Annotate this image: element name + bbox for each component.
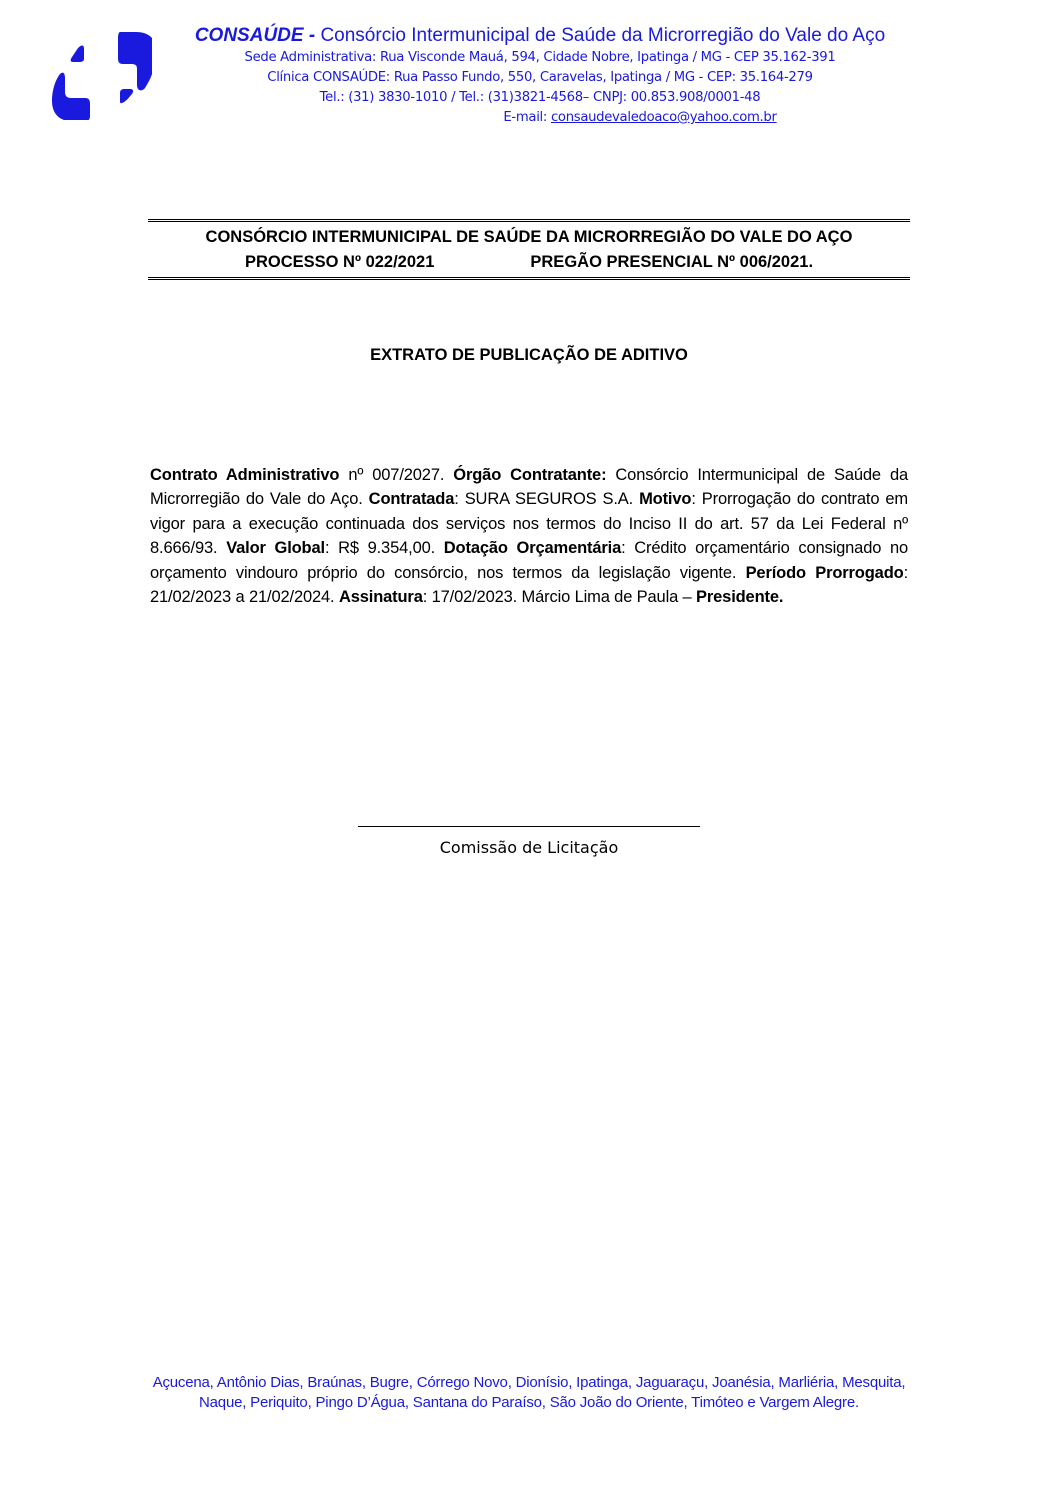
- email-line: E-mail: consaudevaledoaco@yahoo.com.br: [170, 108, 910, 128]
- address-clinica: Clínica CONSAÚDE: Rua Passo Fundo, 550, …: [170, 68, 910, 88]
- title-line: CONSÓRCIO INTERMUNICIPAL DE SAÚDE DA MIC…: [148, 225, 910, 250]
- pregao-number: PREGÃO PRESENCIAL Nº 006/2021.: [530, 250, 813, 275]
- motivo-label: Motivo: [639, 490, 691, 508]
- cargo: Presidente.: [696, 588, 783, 606]
- contrato-label: Contrato Administrativo: [150, 466, 339, 484]
- email-link[interactable]: consaudevaledoaco@yahoo.com.br: [551, 110, 777, 125]
- orgao-label: Órgão Contratante:: [453, 466, 606, 484]
- assinatura-value: : 17/02/2023. Márcio Lima de Paula –: [423, 588, 696, 606]
- assinatura-label: Assinatura: [339, 588, 423, 606]
- contrato-value: nº 007/2027.: [339, 466, 453, 484]
- valor-value: : R$ 9.354,00.: [325, 539, 444, 557]
- document-title-box: CONSÓRCIO INTERMUNICIPAL DE SAÚDE DA MIC…: [148, 219, 910, 280]
- valor-label: Valor Global: [226, 539, 325, 557]
- footer-line-1: Açucena, Antônio Dias, Braúnas, Bugre, C…: [100, 1373, 958, 1393]
- address-sede: Sede Administrativa: Rua Visconde Mauá, …: [170, 48, 910, 68]
- letterhead: CONSAÚDE - Consórcio Intermunicipal de S…: [170, 24, 910, 128]
- member-municipalities: Açucena, Antônio Dias, Braúnas, Bugre, C…: [100, 1373, 958, 1413]
- consaude-logo-icon: [48, 28, 152, 120]
- contacts: Tel.: (31) 3830-1010 / Tel.: (31)3821-45…: [170, 88, 910, 108]
- extrato-heading: EXTRATO DE PUBLICAÇÃO DE ADITIVO: [148, 346, 910, 365]
- org-title: CONSAÚDE - Consórcio Intermunicipal de S…: [170, 24, 910, 48]
- email-label: E-mail:: [503, 110, 551, 125]
- extrato-body: Contrato Administrativo nº 007/2027. Órg…: [150, 463, 908, 609]
- brand-name: CONSAÚDE -: [195, 25, 315, 46]
- periodo-label: Período Prorrogado: [746, 564, 904, 582]
- contratada-value: : SURA SEGUROS S.A.: [454, 490, 639, 508]
- footer-line-2: Naque, Periquito, Pingo D’Água, Santana …: [100, 1393, 958, 1413]
- contratada-label: Contratada: [369, 490, 455, 508]
- signature-label: Comissão de Licitação: [358, 838, 700, 857]
- signature-line: [358, 826, 700, 827]
- processo-number: PROCESSO Nº 022/2021: [245, 250, 434, 275]
- org-name: Consórcio Intermunicipal de Saúde da Mic…: [320, 25, 885, 46]
- dotacao-label: Dotação Orçamentária: [444, 539, 621, 557]
